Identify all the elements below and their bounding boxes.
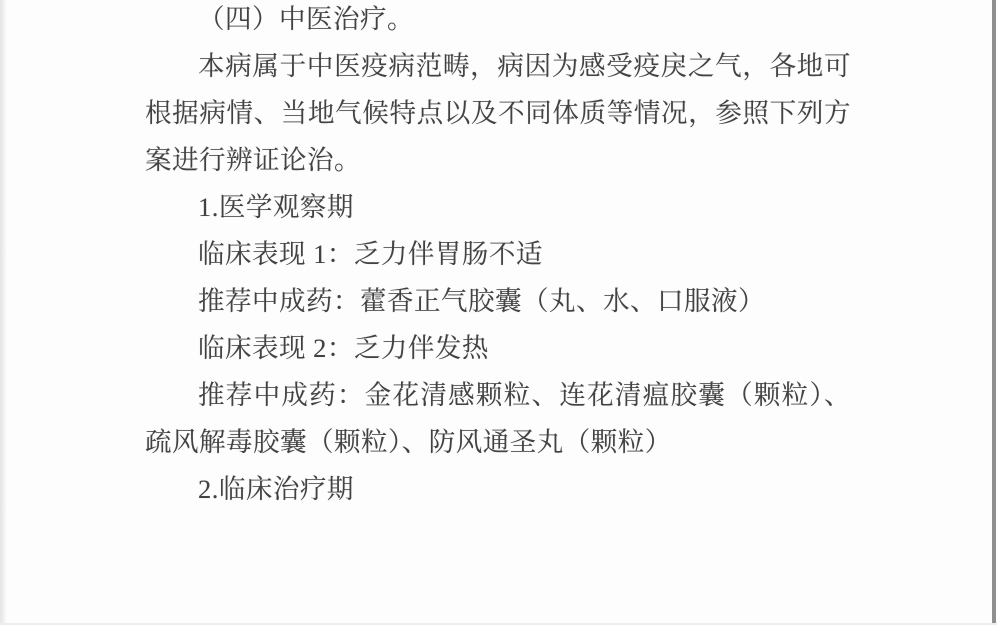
clinical-manifestation-1-line: 临床表现 1：乏力伴胃肠不适 [145, 231, 851, 278]
paragraph-disease-line-2: 根据病情、当地气候特点以及不同体质等情况，参照下列方 [145, 90, 851, 137]
page-left-scan-edge [0, 0, 6, 625]
clinical-manifestation-2-line: 临床表现 2：乏力伴发热 [145, 325, 851, 372]
section-heading-line: （四）中医治疗。 [145, 0, 851, 43]
recommended-medicine-2-line-2: 疏风解毒胶囊（颗粒）、防风通圣丸（颗粒） [145, 419, 851, 466]
recommended-medicine-2-line-1: 推荐中成药：金花清感颗粒、连花清瘟胶囊（颗粒）、 [145, 372, 851, 419]
document-text-block: （四）中医治疗。 本病属于中医疫病范畴，病因为感受疫戾之气，各地可 根据病情、当… [145, 0, 851, 513]
paragraph-disease-line-3: 案进行辨证论治。 [145, 137, 851, 184]
clinical-treatment-period-line: 2.临床治疗期 [145, 466, 851, 513]
paragraph-disease-line-1: 本病属于中医疫病范畴，病因为感受疫戾之气，各地可 [145, 43, 851, 90]
medical-observation-period-line: 1.医学观察期 [145, 184, 851, 231]
recommended-medicine-1-line: 推荐中成药：藿香正气胶囊（丸、水、口服液） [145, 278, 851, 325]
page-right-scan-edge [992, 0, 996, 625]
scanned-document-page: （四）中医治疗。 本病属于中医疫病范畴，病因为感受疫戾之气，各地可 根据病情、当… [0, 0, 997, 625]
